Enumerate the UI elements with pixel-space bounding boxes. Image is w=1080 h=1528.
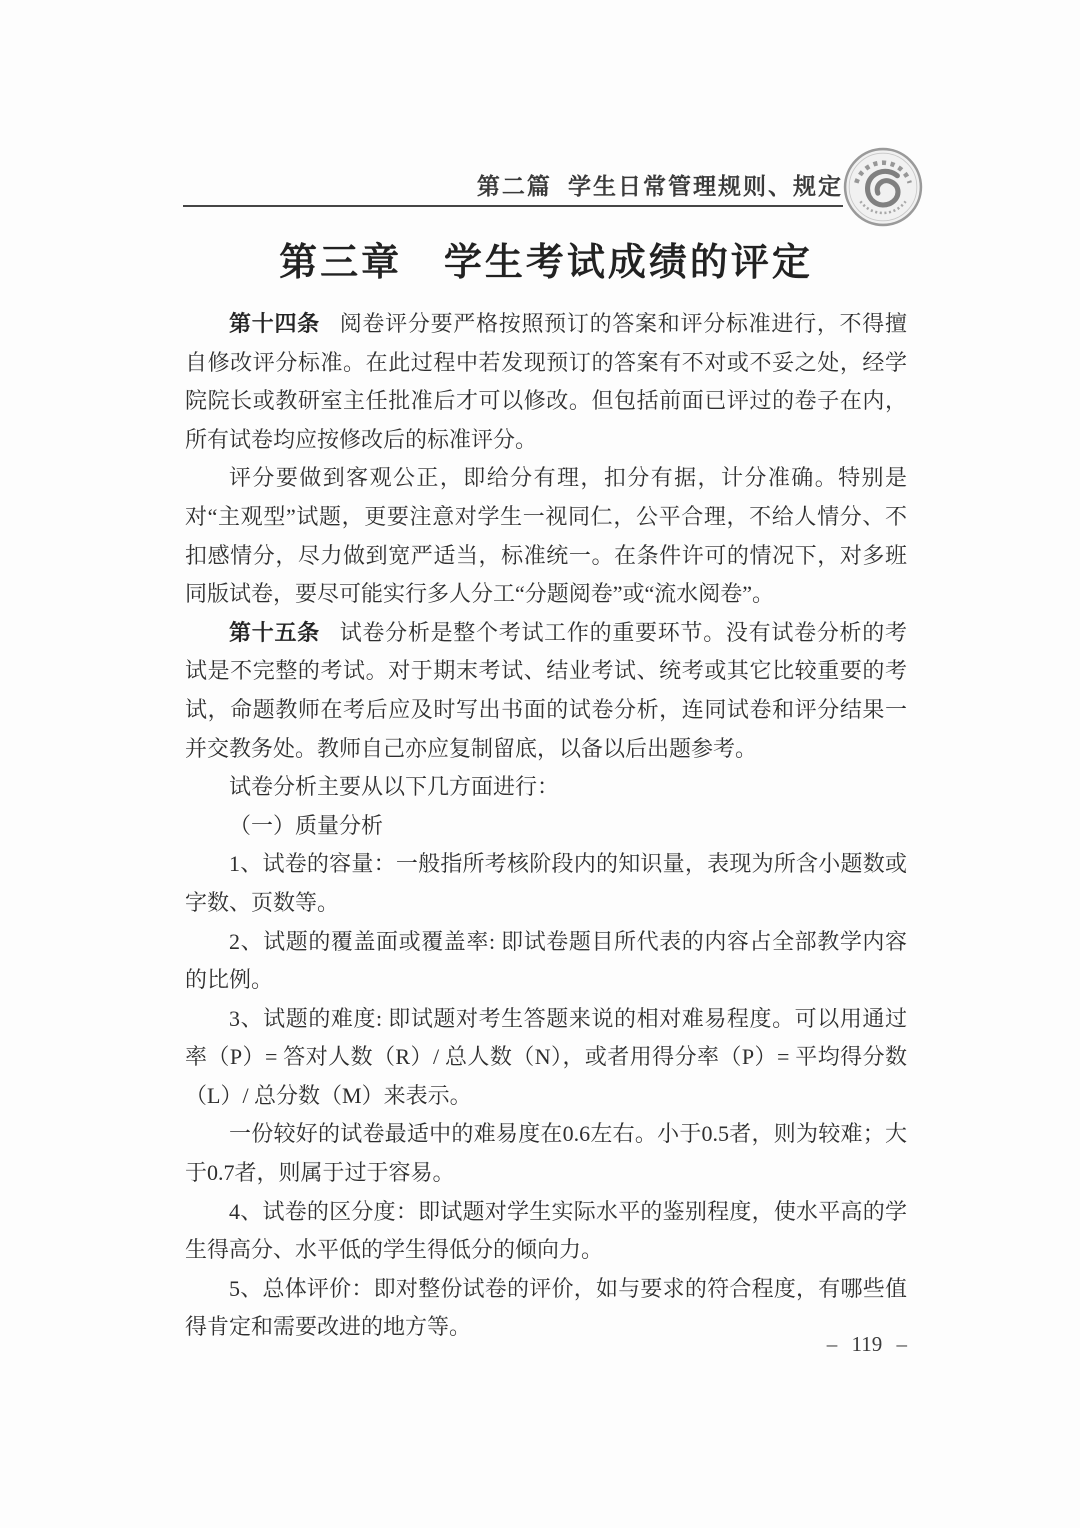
chapter-name: 学生考试成绩的评定 (444, 242, 813, 284)
document-paragraph: （一）质量分析 (185, 807, 907, 846)
paragraph-text: 3、试题的难度: 即试题对考生答题来说的相对难易程度。可以用通过率（P）= 答对… (185, 1006, 907, 1108)
paragraph-text: 试卷分析主要从以下几方面进行： (229, 774, 559, 799)
document-paragraph: 4、试卷的区分度：即试题对学生实际水平的鉴别程度，使水平高的学生得高分、水平低的… (185, 1193, 907, 1270)
document-paragraph: 第十四条阅卷评分要严格按照预订的答案和评分标准进行，不得擅自修改评分标准。在此过… (185, 305, 907, 459)
document-body: 第十四条阅卷评分要严格按照预订的答案和评分标准进行，不得擅自修改评分标准。在此过… (185, 305, 907, 1347)
document-paragraph: 评分要做到客观公正，即给分有理，扣分有据，计分准确。特别是对“主观型”试题，更要… (185, 459, 907, 613)
paragraph-text: 一份较好的试卷最适中的难易度在0.6左右。小于0.5者，则为较难；大于0.7者，… (185, 1121, 907, 1185)
paragraph-text: 2、试题的覆盖面或覆盖率: 即试卷题目所代表的内容占全部教学内容的比例。 (185, 929, 907, 993)
section-title: 学生日常管理规则、规定 (568, 174, 843, 199)
section-label: 第二篇 (477, 174, 552, 199)
document-paragraph: 2、试题的覆盖面或覆盖率: 即试卷题目所代表的内容占全部教学内容的比例。 (185, 923, 907, 1000)
university-seal-icon (842, 146, 924, 228)
chapter-title: 第三章学生考试成绩的评定 (185, 231, 907, 286)
document-paragraph: 试卷分析主要从以下几方面进行： (185, 768, 907, 807)
paragraph-text: 评分要做到客观公正，即给分有理，扣分有据，计分准确。特别是对“主观型”试题，更要… (185, 465, 907, 606)
paragraph-text: （一）质量分析 (229, 813, 383, 838)
page-number: – 119 – (185, 1332, 907, 1357)
paragraph-text: 4、试卷的区分度：即试题对学生实际水平的鉴别程度，使水平高的学生得高分、水平低的… (185, 1199, 907, 1263)
document-page: 第二篇学生日常管理规则、规定 第三章学生考试成绩的评定 第十四条阅卷评分要严格按… (0, 0, 1080, 1528)
header-rule (183, 205, 843, 207)
document-paragraph: 一份较好的试卷最适中的难易度在0.6左右。小于0.5者，则为较难；大于0.7者，… (185, 1115, 907, 1192)
running-header: 第二篇学生日常管理规则、规定 (183, 168, 843, 201)
article-number-label: 第十五条 (229, 620, 320, 645)
article-number-label: 第十四条 (229, 311, 320, 336)
paragraph-text: 5、总体评价：即对整份试卷的评价，如与要求的符合程度，有哪些值得肯定和需要改进的… (185, 1276, 907, 1340)
document-paragraph: 第十五条试卷分析是整个考试工作的重要环节。没有试卷分析的考试是不完整的考试。对于… (185, 614, 907, 768)
paragraph-text: 1、试卷的容量：一般指所考核阶段内的知识量，表现为所含小题数或字数、页数等。 (185, 851, 907, 915)
chapter-number: 第三章 (279, 242, 402, 284)
document-paragraph: 3、试题的难度: 即试题对考生答题来说的相对难易程度。可以用通过率（P）= 答对… (185, 1000, 907, 1116)
document-paragraph: 1、试卷的容量：一般指所考核阶段内的知识量，表现为所含小题数或字数、页数等。 (185, 845, 907, 922)
